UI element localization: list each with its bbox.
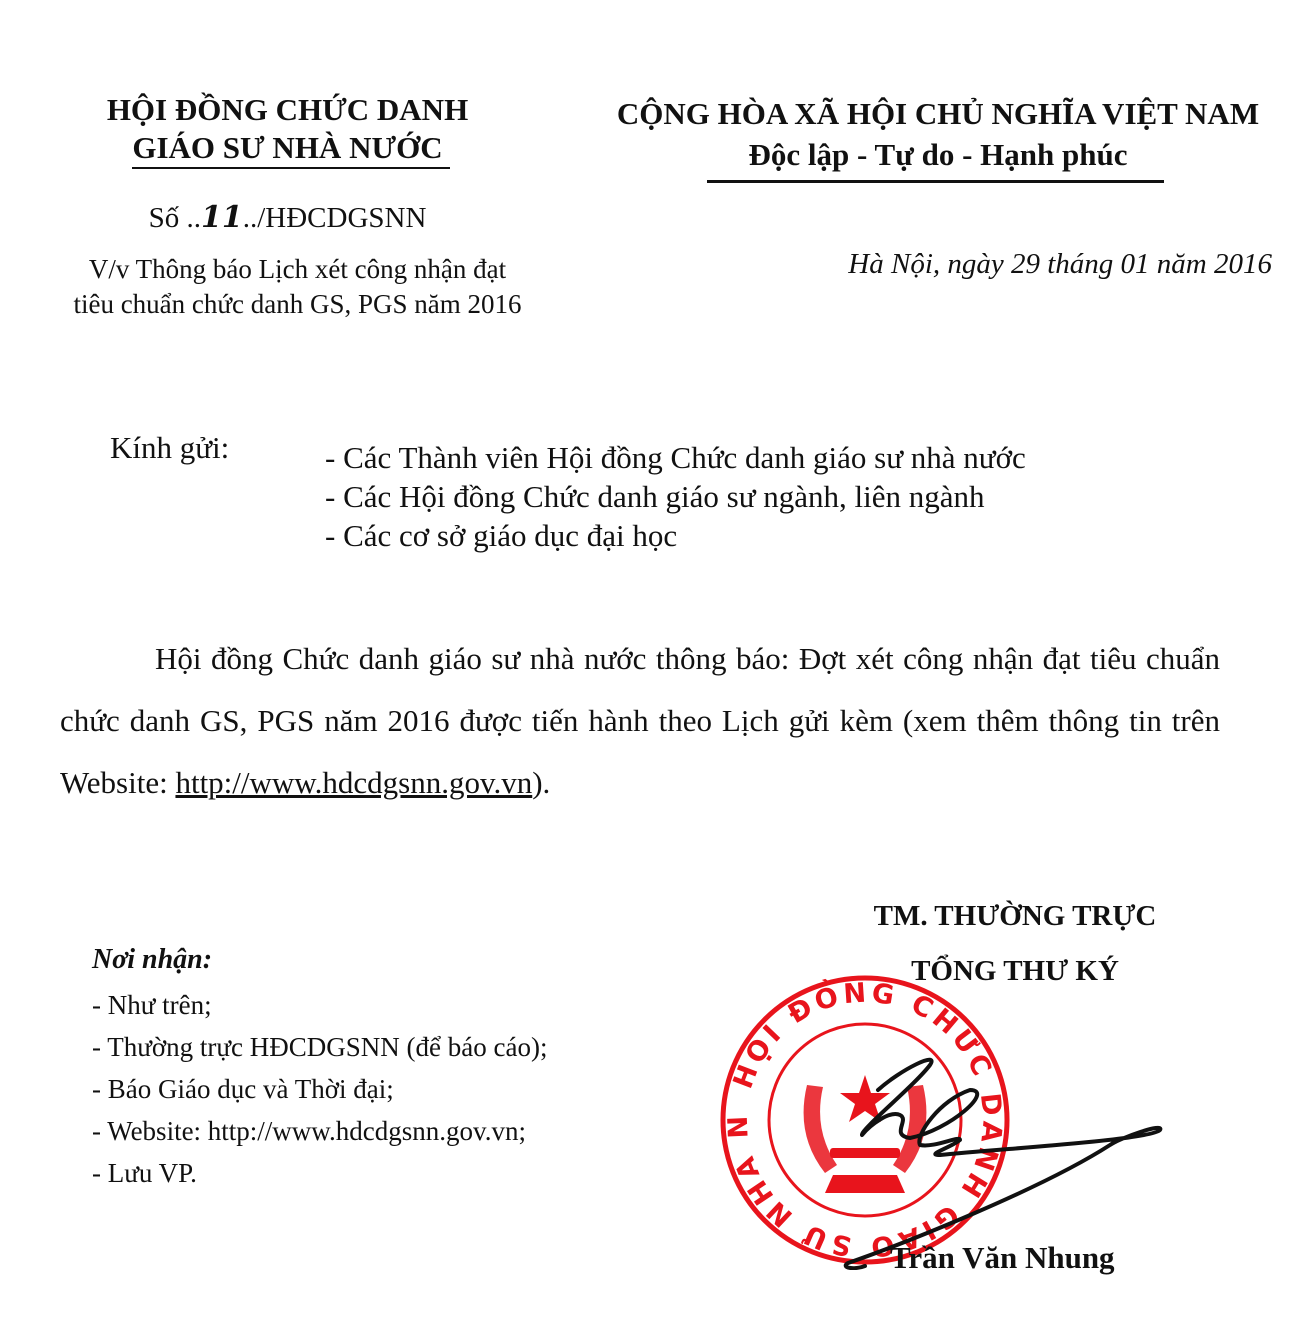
recipient-list: - Các Thành viên Hội đồng Chức danh giáo… <box>325 438 1026 555</box>
doc-number-prefix: Số .. <box>149 202 201 234</box>
cc-item: - Như trên; <box>92 984 547 1026</box>
org-underline <box>132 167 450 169</box>
subject: V/v Thông báo Lịch xét công nhận đạt tiê… <box>20 252 575 322</box>
body-paragraph: Hội đồng Chức danh giáo sư nhà nước thôn… <box>60 628 1220 814</box>
subject-line2: tiêu chuẩn chức danh GS, PGS năm 2016 <box>20 287 575 322</box>
cc-list: - Như trên; - Thường trực HĐCDGSNN (để b… <box>92 984 547 1194</box>
issuing-org-line1: HỘI ĐỒNG CHỨC DANH <box>60 92 515 128</box>
greeting-label: Kính gửi: <box>110 430 229 466</box>
cc-heading: Nơi nhận: <box>92 944 212 976</box>
cc-item: - Thường trực HĐCDGSNN (để báo cáo); <box>92 1026 547 1068</box>
handwritten-signature <box>820 1030 1200 1270</box>
recipient-item: - Các Hội đồng Chức danh giáo sư ngành, … <box>325 477 1026 516</box>
cc-item: - Website: http://www.hdcdgsnn.gov.vn; <box>92 1110 547 1152</box>
cc-item: - Báo Giáo dục và Thời đại; <box>92 1068 547 1110</box>
national-motto: Độc lập - Tự do - Hạnh phúc <box>600 137 1276 173</box>
issuing-org-line2: GIÁO SƯ NHÀ NƯỚC <box>60 130 515 166</box>
national-title: CỘNG HÒA XÃ HỘI CHỦ NGHĨA VIỆT NAM <box>600 96 1276 132</box>
document-number: Số ..11../HĐCDGSNN <box>60 200 515 235</box>
website-link[interactable]: http://www.hdcdgsnn.gov.vn <box>175 765 532 800</box>
doc-number-handwritten: 11 <box>201 200 243 235</box>
subject-line1: V/v Thông báo Lịch xét công nhận đạt <box>20 252 575 287</box>
body-text-end: ). <box>532 765 550 800</box>
recipient-item: - Các Thành viên Hội đồng Chức danh giáo… <box>325 438 1026 477</box>
motto-underline <box>707 180 1164 183</box>
doc-number-suffix: ../HĐCDGSNN <box>243 202 427 234</box>
signer-name: Trần Văn Nhung <box>890 1240 1115 1276</box>
dateline: Hà Nội, ngày 29 tháng 01 năm 2016 <box>600 248 1276 281</box>
recipient-item: - Các cơ sở giáo dục đại học <box>325 516 1026 555</box>
signature-title-line1: TM. THƯỜNG TRỰC <box>800 900 1230 933</box>
cc-item: - Lưu VP. <box>92 1152 547 1194</box>
